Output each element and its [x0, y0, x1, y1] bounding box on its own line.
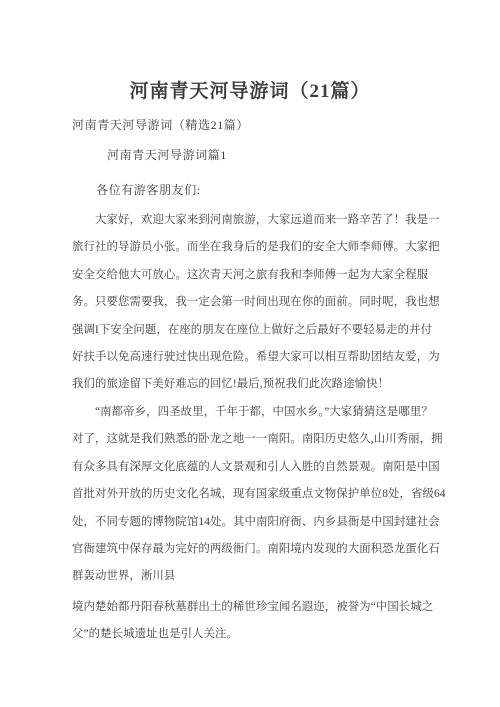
paragraph-chu-relics: 境内楚始都丹阳春秋墓群出土的稀世珍宝闻名遐迩，被誉为“中国长城之 父”的楚长城遗… — [72, 594, 462, 649]
text-line: 处，不同专题的博物院馆14处。其中南阳府衙、内乡县衙是中国封建社会 — [72, 509, 462, 536]
text-line: 官衙建筑中保存最为完好的两级衙门。南阳境内发现的大面积恐龙蛋化石 — [72, 536, 462, 563]
paragraph-nanyang-intro: “南都帝乡，四圣故里，千年于都，中国水乡。”大家猜猜这是哪里？ 对了，这就是我们… — [72, 399, 462, 591]
document-title: 河南青天河导游词（21篇） — [0, 76, 500, 103]
text-line: 强调I下安全问题，在座的朋友在座位上做好之后最好不要轻易走的并付 — [72, 317, 462, 344]
text-line: 我们的旅途留下美好难忘的回忆!最后,预祝我们此次路途愉快！ — [72, 371, 462, 398]
text-line: 好扶手以免高速行驶过快出现危险。希望大家可以相互帮助团结友爱，为 — [72, 344, 462, 371]
text-line: 首批对外开放的历史文化名城，现有国家级重点文物保护单位8处，省级64 — [72, 481, 462, 508]
document-subtitle: 河南青天河导游词（精选21篇） — [72, 116, 249, 133]
text-line: “南都帝乡，四圣故里，千年于都，中国水乡。”大家猜猜这是哪里？ — [72, 399, 462, 426]
text-line: 群轰动世界，淅川县 — [72, 563, 462, 590]
paragraph-welcome: 大家好，欢迎大家来到河南旅游，大家远道而来一路辛苦了！我是一 旅行社的导游员小张… — [72, 207, 462, 399]
text-line: 境内楚始都丹阳春秋墓群出土的稀世珍宝闻名遐迩，被誉为“中国长城之 — [72, 594, 462, 621]
text-line: 对了，这就是我们熟悉的卧龙之地一一南阳。南阳历史悠久,山川秀丽，拥 — [72, 426, 462, 453]
salutation: 各位有游客朋友们: — [96, 181, 201, 198]
document-page: 河南青天河导游词（21篇） 河南青天河导游词（精选21篇） 河南青天河导游词篇1… — [0, 0, 500, 707]
text-line: 有众多具有深厚文化底蕴的人文景观和引人入胜的自然景观。南阳是中国 — [72, 454, 462, 481]
text-line: 父”的楚长城遗址也是引人关注。 — [72, 621, 462, 648]
section-heading: 河南青天河导游词篇1 — [107, 146, 227, 163]
text-line: 大家好，欢迎大家来到河南旅游，大家远道而来一路辛苦了！我是一 — [72, 207, 462, 234]
text-line: 安全交给他大可放心。这次青天河之旅有我和李师傅一起为大家全程服 — [72, 262, 462, 289]
text-line: 旅行社的导游员小张。而坐在我身后的是我们的安全大师李师傅。大家把 — [72, 234, 462, 261]
text-line: 务。只要您需要我，我一定会第一时间出现在你的面前。同时呢，我也想 — [72, 289, 462, 316]
